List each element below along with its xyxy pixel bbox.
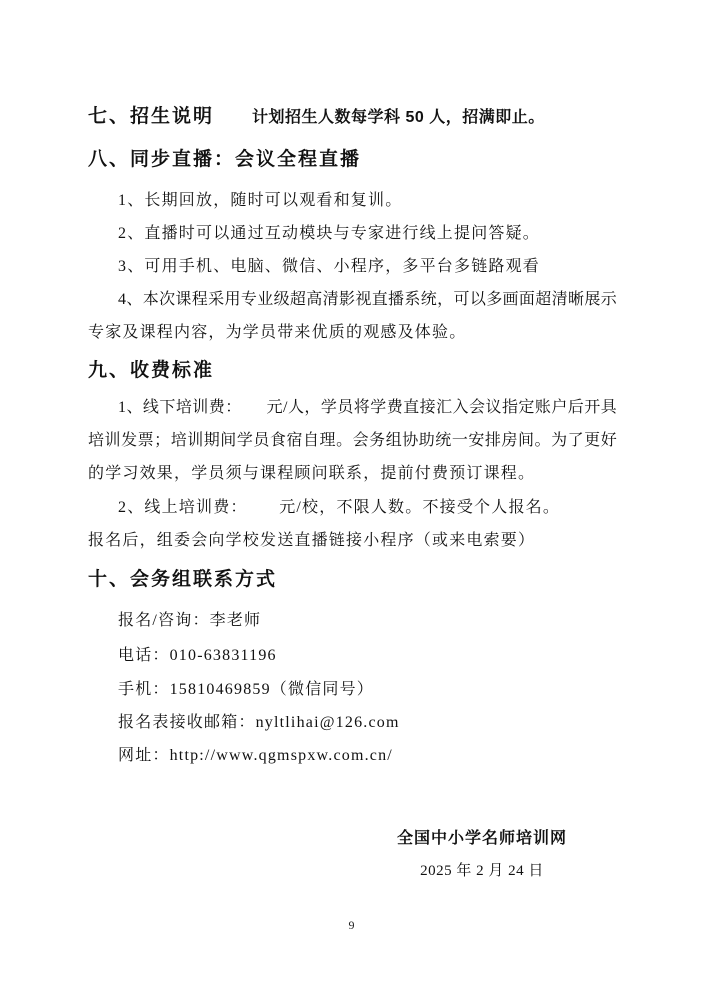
contact-mobile: 手机：15810469859（微信同号） (88, 673, 617, 706)
list-item-replay: 1、长期回放，随时可以观看和复训。 (88, 184, 617, 217)
signature-org: 全国中小学名师培训网 (397, 822, 567, 855)
signature-date: 2025 年 2 月 24 日 (397, 855, 567, 888)
list-item-interaction: 2、直播时可以通过互动模块与专家进行线上提问答疑。 (88, 217, 617, 250)
document-page: 七、招生说明计划招生人数每学科 50 人，招满即止。 八、同步直播：会议全程直播… (0, 0, 703, 995)
paragraph-offline-fee-line2: 培训发票；培训期间学员食宿自理。会务组协助统一安排房间。为了更好 (88, 424, 617, 457)
paragraph-online-fee-line1: 2、线上培训费： 元/校，不限人数。不接受个人报名。 (88, 491, 617, 524)
contact-phone: 电话：010-63831196 (88, 639, 617, 672)
signature-block: 全国中小学名师培训网 2025 年 2 月 24 日 (397, 822, 567, 888)
section-7-text: 计划招生人数每学科 50 人，招满即止。 (252, 109, 545, 126)
section-8-heading: 八、同步直播：会议全程直播 (88, 143, 617, 176)
list-item-hd-line2: 专家及课程内容，为学员带来优质的观感及体验。 (88, 316, 617, 349)
section-10-heading: 十、会务组联系方式 (88, 563, 617, 596)
list-item-hd-line1: 4、本次课程采用专业级超高清影视直播系统，可以多画面超清晰展示 (88, 283, 617, 316)
page-number: 9 (0, 918, 703, 933)
paragraph-online-fee-line2: 报名后，组委会向学校发送直播链接小程序（或来电索要） (88, 524, 617, 557)
paragraph-offline-fee-line1: 1、线下培训费： 元/人，学员将学费直接汇入会议指定账户后开具 (88, 391, 617, 424)
list-item-platforms: 3、可用手机、电脑、微信、小程序，多平台多链路观看 (88, 250, 617, 283)
section-7-title: 七、招生说明 (88, 106, 214, 127)
section-9-heading: 九、收费标准 (88, 354, 617, 387)
contact-website: 网址：http://www.qgmspxw.com.cn/ (88, 739, 617, 772)
section-7-heading: 七、招生说明计划招生人数每学科 50 人，招满即止。 (88, 100, 617, 134)
document-content: 七、招生说明计划招生人数每学科 50 人，招满即止。 八、同步直播：会议全程直播… (0, 0, 703, 888)
contact-registration: 报名/咨询：李老师 (88, 604, 617, 637)
paragraph-offline-fee-line3: 的学习效果，学员须与课程顾问联系，提前付费预订课程。 (88, 457, 617, 490)
contact-email: 报名表接收邮箱：nyltlihai@126.com (88, 706, 617, 739)
